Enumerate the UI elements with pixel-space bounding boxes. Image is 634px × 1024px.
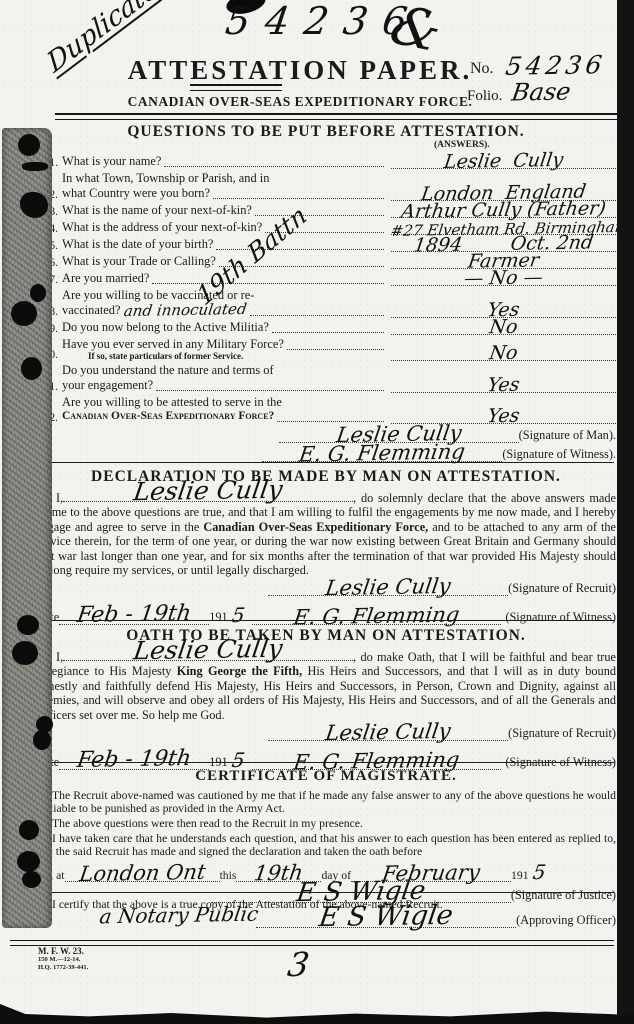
question-line-text: your engagement? <box>62 378 153 393</box>
question-line: What is the address of your next-of-kin? <box>62 220 387 235</box>
question-row: 3.What is the name of your next-of-kin?A… <box>36 203 616 218</box>
question-row: 1.What is your name?Leslie Cully <box>36 154 616 169</box>
question-row: 8.Are you willing to be vaccinated or re… <box>36 288 616 318</box>
place-line: London Ont <box>65 869 220 882</box>
question-text: Have you ever served in any Military For… <box>62 337 387 362</box>
questions-title: QUESTIONS TO BE PUT BEFORE ATTESTATION. <box>36 123 616 141</box>
recruit-signature-line: Leslie Cully <box>268 727 508 741</box>
answer-line: Arthur Cully (Father) <box>391 203 616 218</box>
dotted-leader <box>287 337 384 349</box>
oath-section: OATH TO BE TAKEN BY MAN ON ATTESTATION. … <box>36 627 616 761</box>
question-text: In what Town, Township or Parish, and in… <box>62 171 387 201</box>
recruit-signature-row: Leslie Cully (Signature of Recruit) <box>36 726 616 741</box>
question-line-text: What is your Trade or Calling? <box>62 254 216 269</box>
declaration-bold-text: Canadian Over-Seas Expeditionary Force, <box>203 520 428 534</box>
certificate-title: CERTIFICATE OF MAGISTRATE. <box>36 768 616 785</box>
question-line-text: what Country were you born? <box>62 186 210 201</box>
declarant-name: Leslie Cully <box>61 475 355 505</box>
form-code-3: H.Q. 1772-39-441. <box>38 964 88 971</box>
approving-signature: E S Wigle <box>254 901 518 933</box>
section-rule-2 <box>38 620 614 621</box>
man-signature-row: Leslie Cully (Signature of Man). <box>36 428 616 443</box>
question-note: If so, state particulars of former Servi… <box>88 351 387 362</box>
question-line-text: What is your name? <box>62 154 161 169</box>
form-code-2: 150 M.—12-14. <box>38 956 88 963</box>
certificate-section: CERTIFICATE OF MAGISTRATE. The Recruit a… <box>36 768 616 890</box>
date-line: Feb - 19th <box>59 611 209 625</box>
title-underline <box>190 84 282 91</box>
punch-hole <box>12 641 38 665</box>
answer-line: Leslie Cully <box>391 154 616 169</box>
question-line: What is the date of your birth? <box>62 237 387 252</box>
form-code-1: M. F. W. 23. <box>38 946 88 956</box>
oath-name: Leslie Cully <box>61 634 355 664</box>
punch-hole <box>19 820 39 840</box>
question-line: In what Town, Township or Parish, and in <box>62 171 387 186</box>
question-text: What is the name of your next-of-kin? <box>62 203 387 218</box>
page-title: ATTESTATION PAPER. <box>60 55 540 86</box>
answer-line: Yes <box>391 378 616 393</box>
question-text: What is the date of your birth? <box>62 237 387 252</box>
recruit-signature-label: (Signature of Recruit) <box>508 581 616 596</box>
section-rule-3 <box>38 762 614 763</box>
year-printed: 191 <box>511 869 529 882</box>
declaration-date-row: Date Feb - 19th 191 5 E. G. Flemming (Si… <box>36 605 616 625</box>
punch-hole <box>33 730 51 750</box>
question-text: Do you understand the nature and terms o… <box>62 363 387 393</box>
question-line: what Country were you born? <box>62 186 387 201</box>
punch-hole <box>21 357 42 380</box>
date-value: Feb - 19th <box>57 603 210 628</box>
witness-signature: E. G. Flemming <box>251 604 504 629</box>
approving-signature-row: E S Wigle (Approving Officer) <box>36 913 616 928</box>
punch-hole <box>30 284 46 302</box>
section-rule-4 <box>38 892 614 893</box>
punch-hole <box>17 851 40 872</box>
certify-section: I certify that the above is a true copy … <box>36 898 616 942</box>
dotted-leader <box>164 155 384 167</box>
declaration-section: DECLARATION TO BE MADE BY MAN ON ATTESTA… <box>36 468 616 620</box>
answer-handwritten: No <box>389 342 617 365</box>
header-rule <box>55 113 617 120</box>
year-digit: 5 <box>230 605 246 625</box>
question-row: 7.Are you married?— No — <box>36 271 616 286</box>
punch-hole <box>18 134 40 156</box>
no-label: No. <box>470 60 494 78</box>
certificate-para1: The Recruit above-named was cautioned by… <box>36 789 616 815</box>
year-printed: 191 <box>209 610 227 625</box>
punch-hole <box>11 301 37 326</box>
year-digit: 5 <box>230 750 246 770</box>
answer-handwritten: Yes <box>389 374 617 397</box>
handwritten-insert: and innoculated <box>123 302 248 319</box>
question-row: 12.Are you willing to be attested to ser… <box>36 395 616 424</box>
answer-line: No <box>391 320 616 335</box>
questions-list: 1.What is your name?Leslie Cully2.In wha… <box>36 154 616 424</box>
answers-label: (ANSWERS). <box>434 140 490 150</box>
man-signature-label: (Signature of Man). <box>519 428 616 443</box>
question-line: Canadian Over-Seas Expeditionary Force? <box>62 410 387 424</box>
question-row: 11.Do you understand the nature and term… <box>36 363 616 393</box>
question-row: 9.Do you now belong to the Active Militi… <box>36 320 616 335</box>
question-line: your engagement? <box>62 378 387 393</box>
question-line-text: What is the address of your next-of-kin? <box>62 220 262 235</box>
oath-name-line: Leslie Cully <box>63 648 353 661</box>
question-line: What is the name of your next-of-kin? <box>62 203 387 218</box>
question-line: Have you ever served in any Military For… <box>62 337 387 352</box>
dotted-leader <box>152 272 384 284</box>
witness-line: E. G. Flemming <box>252 611 501 625</box>
witness-signature-row: E. G. Flemming (Signature of Witness). <box>36 447 616 462</box>
question-line-text: What is the name of your next-of-kin? <box>62 203 252 218</box>
dotted-leader <box>156 379 384 391</box>
question-line-text: Are you married? <box>62 271 149 286</box>
recruit-signature: Leslie Cully <box>266 720 510 745</box>
witness-signature-line: E. G. Flemming <box>262 448 502 462</box>
question-line: vaccinated?and innoculated <box>62 303 387 318</box>
question-text: Do you now belong to the Active Militia? <box>62 320 387 335</box>
declarant-name-line: Leslie Cully <box>63 489 353 502</box>
approving-signature-line: E S Wigle <box>256 914 516 928</box>
punch-hole <box>22 162 48 171</box>
answer-line: — No — <box>391 271 616 286</box>
year-digit: 5 <box>531 862 547 882</box>
doc-subtitle: CANADIAN OVER-SEAS EXPEDITIONARY FORCE. <box>60 94 540 110</box>
page-number: 3 <box>286 948 312 981</box>
answer-line: No <box>391 346 616 361</box>
witness-label: (Signature of Witness) <box>505 610 616 625</box>
no-value: 54236 <box>504 52 607 79</box>
question-line-text: Are you willing to be attested to serve … <box>62 395 282 410</box>
question-line: Do you understand the nature and terms o… <box>62 363 387 378</box>
question-line: Do you now belong to the Active Militia? <box>62 320 387 335</box>
dotted-leader <box>272 320 384 332</box>
punch-hole <box>17 615 39 635</box>
section-rule-1 <box>38 462 614 463</box>
question-line-text: What is the date of your birth? <box>62 237 213 252</box>
place-value: London Ont <box>63 862 221 886</box>
punch-hole <box>20 192 48 218</box>
question-line-text: Have you ever served in any Military For… <box>62 337 284 352</box>
question-line-text: Do you now belong to the Active Militia? <box>62 320 269 335</box>
answer-handwritten: Leslie Cully <box>389 150 617 173</box>
question-line: Are you willing to be attested to serve … <box>62 395 387 410</box>
scan-edge-bottom <box>0 1004 634 1024</box>
attestation-paper-scan: Duplicate 54236 & ATTESTATION PAPER. No.… <box>0 0 634 1024</box>
binding-edge <box>2 128 52 928</box>
punch-hole <box>22 871 41 888</box>
recruit-signature: Leslie Cully <box>266 575 510 600</box>
question-row: 10.Have you ever served in any Military … <box>36 337 616 362</box>
question-line-text: Canadian Over-Seas Expeditionary Force? <box>62 410 274 424</box>
dotted-leader <box>255 204 384 216</box>
dotted-leader <box>277 410 384 422</box>
recruit-signature-row: Leslie Cully (Signature of Recruit) <box>36 581 616 596</box>
question-line-text: Do you understand the nature and terms o… <box>62 363 274 378</box>
oath-body: I,Leslie Cully, do make Oath, that I wil… <box>36 648 616 722</box>
declaration-body: I,Leslie Cully, do solemnly declare that… <box>36 489 616 577</box>
footer-rule <box>10 940 614 946</box>
question-row: 2.In what Town, Township or Parish, and … <box>36 171 616 201</box>
question-text: What is your name? <box>62 154 387 169</box>
question-line-text: vaccinated? <box>62 303 120 318</box>
question-line-text: In what Town, Township or Parish, and in <box>62 171 269 186</box>
answer-handwritten: No <box>389 316 617 339</box>
form-codes: M. F. W. 23. 150 M.—12-14. H.Q. 1772-39-… <box>38 946 88 971</box>
dotted-leader <box>250 303 384 315</box>
dotted-leader <box>213 187 384 199</box>
scan-edge-right <box>617 0 634 1024</box>
oath-date-row: Date Feb - 19th 191 5 E. G. Flemming (Si… <box>36 750 616 770</box>
question-text: Are you willing to be attested to serve … <box>62 395 387 424</box>
recruit-signature-label: (Signature of Recruit) <box>508 726 616 741</box>
question-line: What is your name? <box>62 154 387 169</box>
certificate-para3: I have taken care that he understands ea… <box>36 832 616 858</box>
questions-section: QUESTIONS TO BE PUT BEFORE ATTESTATION. … <box>36 123 616 463</box>
recruit-signature-line: Leslie Cully <box>268 582 508 596</box>
answer-handwritten: — No — <box>389 267 617 290</box>
witness-signature-label: (Signature of Witness). <box>502 447 616 462</box>
approving-signature-label: (Approving Officer) <box>516 913 616 928</box>
oath-bold-text: King George the Fifth, <box>177 664 303 678</box>
question-text: What is the address of your next-of-kin? <box>62 220 387 235</box>
certificate-para2: The above questions were then read to th… <box>36 817 616 830</box>
